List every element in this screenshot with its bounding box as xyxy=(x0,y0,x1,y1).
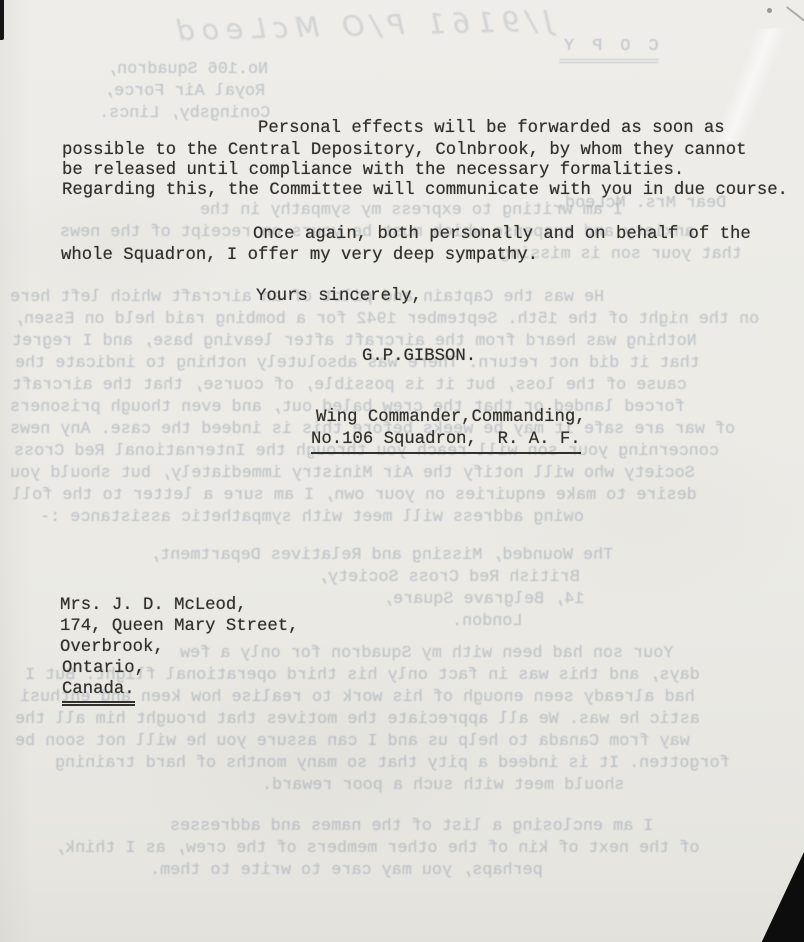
typed-line: whole Squadron, I offer my very deep sym… xyxy=(61,245,538,266)
bleedthrough-line: on the night of the 15th. September 1942… xyxy=(14,309,759,330)
scanned-letter-page: { "page": { "kind": "scanned typewritten… xyxy=(0,0,804,942)
bleedthrough-line: Royal Air Force, xyxy=(104,81,265,102)
scan-edge-sliver xyxy=(0,0,4,40)
typed-line: Wing Commander,Commanding, xyxy=(316,407,586,428)
typed-line: Once again, both personally and on behal… xyxy=(253,224,751,245)
bleedthrough-line: I am enclosing a list of the names and a… xyxy=(170,816,653,837)
bleedthrough-line: way from Canada to help us and I can ass… xyxy=(15,731,690,752)
bleedthrough-line: 14, Belgrave Square, xyxy=(383,589,584,610)
bleedthrough-line: that it did not return. There was absolu… xyxy=(15,353,700,374)
typed-line: G.P.GIBSON. xyxy=(362,346,476,367)
typed-line: possible to the Central Depository, Coln… xyxy=(62,140,746,161)
bleedthrough-line: Nothing was heard from the aircraft afte… xyxy=(12,331,697,352)
bleedthrough-line: British Red Cross Society, xyxy=(318,567,580,588)
bleedthrough-line: owing address will meet with sympathetic… xyxy=(40,507,584,528)
bleedthrough-line: Coningsby, Lincs. xyxy=(99,103,270,124)
typed-line: Yours sincerely, xyxy=(256,286,422,307)
bleedthrough-line: astic he was. We all appreciate the moti… xyxy=(15,709,700,730)
typed-line: Ontario, xyxy=(62,658,145,679)
pencil-dot-mark xyxy=(767,8,772,13)
bleedthrough-line: I am writing to express my sympathy in t… xyxy=(200,200,623,221)
bleedthrough-line: forgotten. It is indeed a pity that so m… xyxy=(55,753,730,774)
bleedthrough-line: should meet with such a poor reward. xyxy=(262,775,625,796)
bleedthrough-line: Your son had been with my Squadron for o… xyxy=(180,643,673,664)
typed-line: Overbrook, xyxy=(60,637,164,658)
typed-line: Canada. xyxy=(62,679,135,706)
typed-line: 174, Queen Mary Street, xyxy=(60,616,299,637)
bleedthrough-line: The Wounded, Missing and Relatives Depar… xyxy=(150,545,613,566)
bleedthrough-line: Society who will notify the Air Ministry… xyxy=(10,463,695,484)
bleedthrough-line: No.106 Squadron, xyxy=(107,59,268,80)
typed-line: Mrs. J. D. McLeod, xyxy=(60,595,247,616)
bleedthrough-line: cause of the loss, but it is possible, o… xyxy=(12,375,687,396)
bleedthrough-line: desire to make enquiries on your own, I … xyxy=(12,485,697,506)
typed-line: No.106 Squadron, R. A. F. xyxy=(311,429,581,454)
typed-line: Personal effects will be forwarded as so… xyxy=(258,118,725,139)
typed-line: be released until compliance with the ne… xyxy=(62,160,684,181)
bleedthrough-line: C O P Y xyxy=(560,36,659,63)
bleedthrough-line: perhaps, you may care to write to them. xyxy=(150,860,543,881)
bleedthrough-line: London. xyxy=(452,611,523,632)
typed-line: Regarding this, the Committee will commu… xyxy=(62,180,788,201)
bleedthrough-line: of the next of kin of the other members … xyxy=(55,838,700,859)
